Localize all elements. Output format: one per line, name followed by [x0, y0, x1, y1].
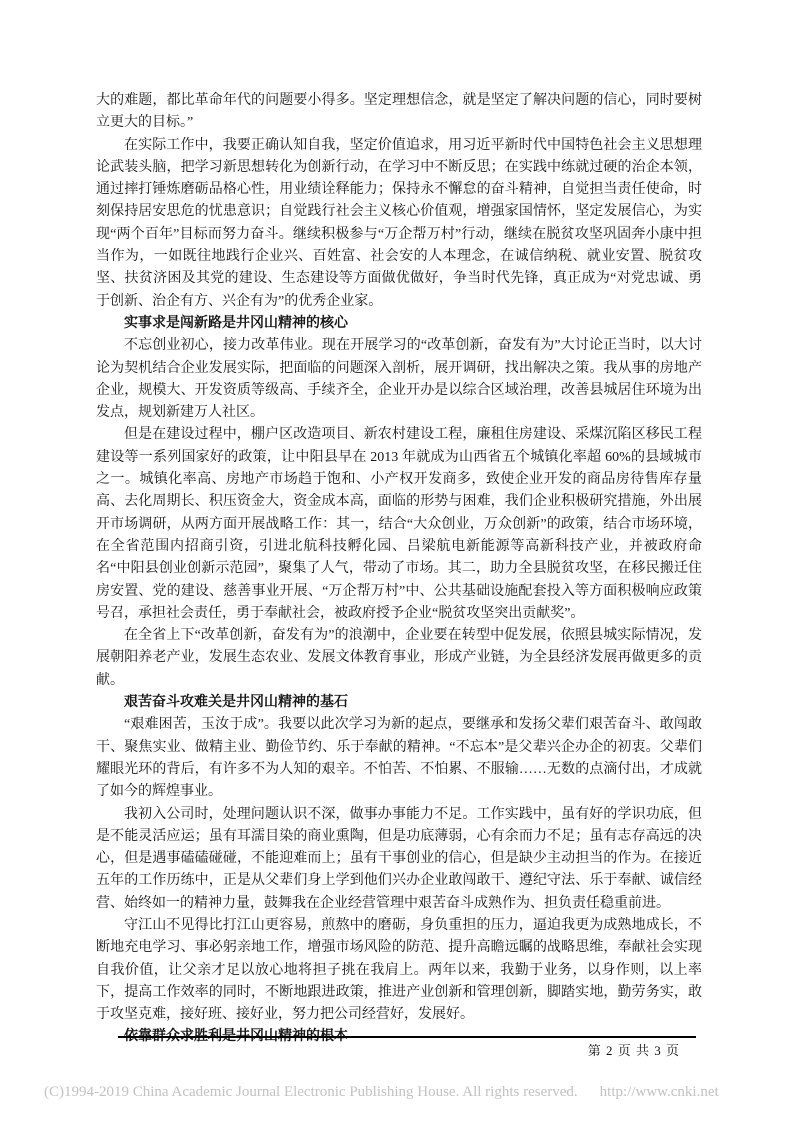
document-page: 大的难题，都比革命年代的问题要小得多。坚定理想信念，就是坚定了解决问题的信心，同…: [0, 0, 793, 1122]
paragraph: 但是在建设过程中，棚户区改造项目、新农村建设工程，廉租住房建设、采煤沉陷区移民工…: [96, 424, 702, 625]
copyright-notice: (C)1994-2019 China Academic Journal Elec…: [44, 1084, 719, 1101]
footer-divider: [118, 1036, 696, 1038]
paragraph: 在实际工作中，我要正确认知自我，坚定价值追求，用习近平新时代中国特色社会主义思想…: [96, 135, 702, 313]
document-body: 大的难题，都比革命年代的问题要小得多。坚定理想信念，就是坚定了解决问题的信心，同…: [96, 90, 702, 1049]
section-heading: 艰苦奋斗攻难关是井冈山精神的基石: [96, 692, 702, 714]
paragraph: 守江山不见得比打江山更容易，煎熬中的磨砺，身负重担的压力，逼迫我更为成熟地成长，…: [96, 915, 702, 1026]
paragraph: 在全省上下“改革创新，奋发有为”的浪潮中，企业要在转型中促发展，依照县城实际情况…: [96, 625, 702, 692]
copyright-text: (C)1994-2019 China Academic Journal Elec…: [44, 1084, 578, 1100]
paragraph: 我初入公司时，处理问题认识不深，做事办事能力不足。工作实践中，虽有好的学识功底，…: [96, 804, 702, 915]
paragraph: 不忘创业初心，接力改革伟业。现在开展学习的“改革创新，奋发有为”大讨论正当时，以…: [96, 335, 702, 424]
section-heading: 实事求是闯新路是井冈山精神的核心: [96, 313, 702, 335]
cnki-url: http://www.cnki.net: [600, 1084, 719, 1100]
paragraph: “艰难困苦，玉汝于成”。我要以此次学习为新的起点，要继承和发扬父辈们艰苦奋斗、敢…: [96, 714, 702, 803]
page-number-label: 第 2 页 共 3 页: [118, 1040, 680, 1059]
paragraph: 大的难题，都比革命年代的问题要小得多。坚定理想信念，就是坚定了解决问题的信心，同…: [96, 90, 702, 135]
